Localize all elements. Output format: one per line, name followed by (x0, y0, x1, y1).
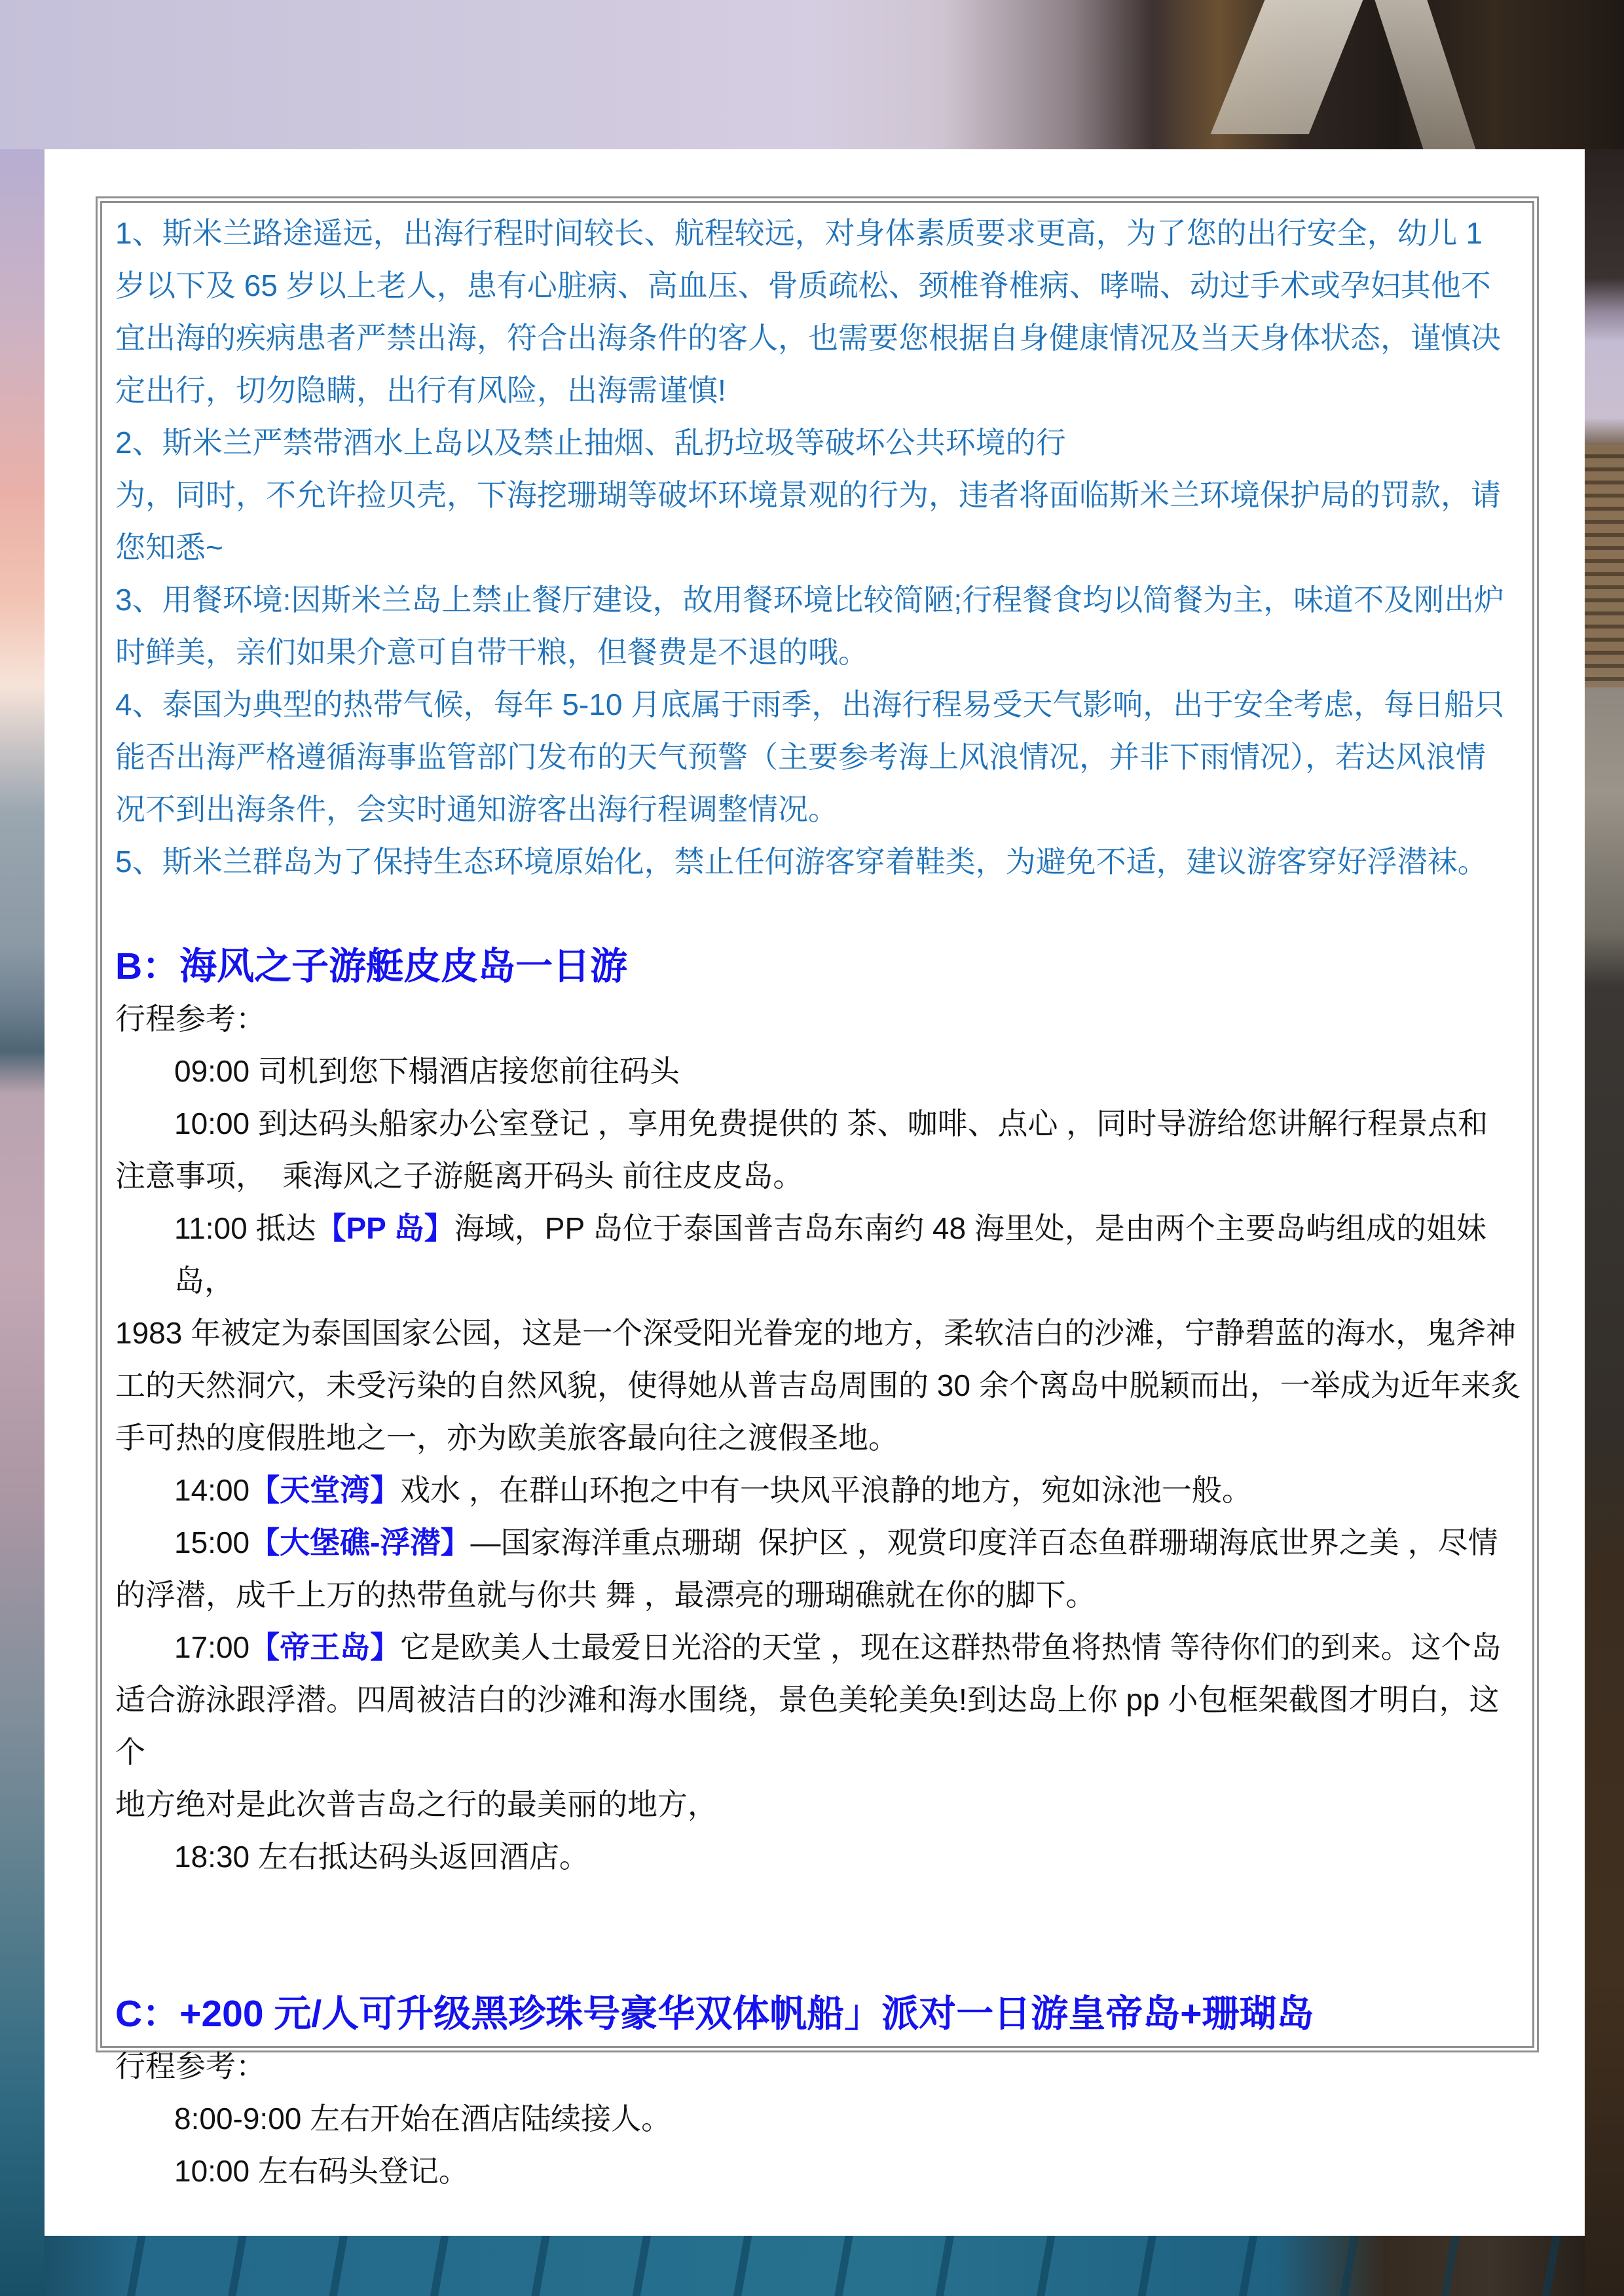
text-line: 手可热的度假胜地之一，亦为欧美旅客最向往之渡假圣地。 (115, 1412, 1523, 1464)
text-line: 能否出海严格遵循海事监管部门发布的天气预警（主要参考海上风浪情况，并非下雨情况）… (115, 731, 1523, 783)
text-segment: 3、用餐环境:因斯米兰岛上禁止餐厅建设，故用餐环境比较简陋;行程餐食均以简餐为主… (115, 583, 1504, 617)
section-b-heading: B：海风之子游艇皮皮岛一日游 (115, 940, 1523, 993)
text-line: 1、斯米兰路途遥远，出海行程时间较长、航程较远，对身体素质要求更高，为了您的出行… (115, 207, 1523, 259)
spacer-line (115, 888, 1523, 940)
text-segment: 手可热的度假胜地之一，亦为欧美旅客最向往之渡假圣地。 (115, 1421, 898, 1455)
text-line: 岁以下及 65 岁以上老人，患有心脏病、高血压、骨质疏松、颈椎脊椎病、哮喘、动过… (115, 259, 1523, 312)
text-segment: 行程参考： (115, 2049, 266, 2083)
text-line: 1983 年被定为泰国国家公园，这是一个深受阳光眷宠的地方，柔软洁白的沙滩，宁静… (115, 1307, 1523, 1359)
notice-box-content: 1、斯米兰路途遥远，出海行程时间较长、航程较远，对身体素质要求更高，为了您的出行… (102, 203, 1532, 2197)
text-line: 2、斯米兰严禁带酒水上岛以及禁止抽烟、乱扔垃圾等破坏公共环境的行 (115, 416, 1523, 469)
text-segment: 况不到出海条件，会实时通知游客出海行程调整情况。 (115, 792, 838, 826)
text-segment: 它是欧美人士最爱日光浴的天堂 ，现在这群热带鱼将热情 等待你们的到来。这个岛 (400, 1630, 1502, 1664)
text-line: 15:00【大堡礁-浮潜】—国家海洋重点珊瑚 保护区 ，观赏印度洋百态鱼群珊瑚海… (115, 1516, 1523, 1569)
text-line: 11:00 抵达【PP 岛】海域，PP 岛位于泰国普吉岛东南约 48 海里处，是… (115, 1202, 1523, 1307)
text-line: 定出行，切勿隐瞒，出行有风险，出海需谨慎! (115, 364, 1523, 416)
text-segment: 岁以下及 65 岁以上老人，患有心脏病、高血压、骨质疏松、颈椎脊椎病、哮喘、动过… (115, 268, 1491, 302)
text-segment: 您知悉~ (115, 530, 223, 564)
text-line: 18:30 左右抵达码头返回酒店。 (115, 1831, 1523, 1883)
text-segment: 1、斯米兰路途遥远，出海行程时间较长、航程较远，对身体素质要求更高，为了您的出行… (115, 216, 1483, 250)
section-c-heading: C：+200 元/人可升级黑珍珠号豪华双体帆船」派对一日游皇帝岛+珊瑚岛 (115, 1988, 1523, 2040)
background-photo-bottom-pool-deck (45, 2236, 1585, 2296)
text-line: 地方绝对是此次普吉岛之行的最美丽的地方， (115, 1778, 1523, 1831)
text-segment: 10:00 到达码头船家办公室登记 ，享用免费提供的 茶、咖啡、点心 ，同时导游… (174, 1106, 1488, 1140)
text-segment: 注意事项， 乘海风之子游艇离开码头 前往皮皮岛。 (115, 1159, 803, 1193)
text-line: 5、斯米兰群岛为了保持生态环境原始化，禁止任何游客穿着鞋类，为避免不适，建议游客… (115, 835, 1523, 888)
highlight-term: 【帝王岛】 (249, 1630, 400, 1664)
text-segment: 行程参考： (115, 1002, 266, 1036)
text-line: 10:00 左右码头登记。 (115, 2145, 1523, 2197)
section-c-subheading: 行程参考： (115, 2040, 1523, 2092)
spacer-line (115, 1935, 1523, 1988)
text-line: 09:00 司机到您下榻酒店接您前往码头 (115, 1045, 1523, 1097)
background-photo-top-sky-and-boat (0, 0, 1624, 149)
text-segment: 18:30 左右抵达码头返回酒店。 (174, 1840, 589, 1874)
text-line: 况不到出海条件，会实时通知游客出海行程调整情况。 (115, 783, 1523, 835)
text-line: 注意事项， 乘海风之子游艇离开码头 前往皮皮岛。 (115, 1150, 1523, 1202)
text-segment: 4、泰国为典型的热带气候，每年 5-10 月底属于雨季，出海行程易受天气影响，出… (115, 687, 1504, 721)
text-segment: 时鲜美，亲们如果介意可自带干粮，但餐费是不退的哦。 (115, 635, 868, 669)
section-b-subheading: 行程参考： (115, 993, 1523, 1045)
text-line: 为，同时，不允许捡贝壳，下海挖珊瑚等破坏环境景观的行为，违者将面临斯米兰环境保护… (115, 469, 1523, 521)
text-line: 14:00【天堂湾】戏水 ，在群山环抱之中有一块风平浪静的地方，宛如泳池一般。 (115, 1464, 1523, 1516)
text-segment: 定出行，切勿隐瞒，出行有风险，出海需谨慎! (115, 373, 726, 407)
highlight-term: 【大堡礁-浮潜】 (249, 1525, 470, 1559)
text-segment: 11:00 抵达 (174, 1211, 316, 1245)
text-segment: 宜出海的疾病患者严禁出海，符合出海条件的客人，也需要您根据自身健康情况及当天身体… (115, 321, 1501, 355)
text-segment: 为，同时，不允许捡贝壳，下海挖珊瑚等破坏环境景观的行为，违者将面临斯米兰环境保护… (115, 478, 1501, 512)
text-line: 10:00 到达码头船家办公室登记 ，享用免费提供的 茶、咖啡、点心 ，同时导游… (115, 1097, 1523, 1150)
text-segment: 10:00 左右码头登记。 (174, 2154, 469, 2188)
text-line: 3、用餐环境:因斯米兰岛上禁止餐厅建设，故用餐环境比较简陋;行程餐食均以简餐为主… (115, 574, 1523, 626)
highlight-term: 【天堂湾】 (249, 1473, 400, 1507)
text-segment: —国家海洋重点珊瑚 保护区 ，观赏印度洋百态鱼群珊瑚海底世界之美 ，尽情 (470, 1525, 1498, 1559)
text-segment: C：+200 元/人可升级黑珍珠号豪华双体帆船」派对一日游皇帝岛+珊瑚岛 (115, 1993, 1314, 2035)
text-line: 工的天然洞穴，未受污染的自然风貌，使得她从普吉岛周围的 30 余个离岛中脱颖而出… (115, 1359, 1523, 1412)
text-line: 4、泰国为典型的热带气候，每年 5-10 月底属于雨季，出海行程易受天气影响，出… (115, 678, 1523, 731)
spacer-line (115, 1883, 1523, 1935)
notice-box: 1、斯米兰路途遥远，出海行程时间较长、航程较远，对身体素质要求更高，为了您的出行… (96, 196, 1539, 2052)
wood-louver-slats (1585, 445, 1624, 687)
travel-itinerary-screenshot: { "colors": { "body_blue": "#1e71b8", "h… (0, 0, 1624, 2296)
text-segment: 15:00 (174, 1525, 249, 1559)
text-line: 宜出海的疾病患者严禁出海，符合出海条件的客人，也需要您根据自身健康情况及当天身体… (115, 312, 1523, 364)
text-line: 适合游泳跟浮潜。四周被洁白的沙滩和海水围绕，景色美轮美奂!到达岛上你 pp 小包… (115, 1673, 1523, 1778)
text-segment: 工的天然洞穴，未受污染的自然风貌，使得她从普吉岛周围的 30 余个离岛中脱颖而出… (115, 1368, 1521, 1402)
text-segment: 1983 年被定为泰国国家公园，这是一个深受阳光眷宠的地方，柔软洁白的沙滩，宁静… (115, 1316, 1516, 1350)
text-segment: 14:00 (174, 1473, 249, 1507)
text-segment: 2、斯米兰严禁带酒水上岛以及禁止抽烟、乱扔垃圾等破坏公共环境的行 (115, 426, 1066, 460)
text-line: 的浮潜，成千上万的热带鱼就与你共 舞 ，最漂亮的珊瑚礁就在你的脚下。 (115, 1569, 1523, 1621)
text-segment: 的浮潜，成千上万的热带鱼就与你共 舞 ，最漂亮的珊瑚礁就在你的脚下。 (115, 1578, 1096, 1612)
document-page: 1、斯米兰路途遥远，出海行程时间较长、航程较远，对身体素质要求更高，为了您的出行… (45, 149, 1585, 2236)
text-segment: 17:00 (174, 1630, 249, 1664)
highlight-term: 【PP 岛】 (316, 1211, 454, 1245)
text-line: 17:00【帝王岛】它是欧美人士最爱日光浴的天堂 ，现在这群热带鱼将热情 等待你… (115, 1621, 1523, 1673)
text-segment: B：海风之子游艇皮皮岛一日游 (115, 945, 627, 987)
text-segment: 戏水 ，在群山环抱之中有一块风平浪静的地方，宛如泳池一般。 (400, 1473, 1252, 1507)
text-segment: 09:00 司机到您下榻酒店接您前往码头 (174, 1054, 680, 1088)
text-segment: 地方绝对是此次普吉岛之行的最美丽的地方， (115, 1787, 718, 1821)
text-line: 时鲜美，亲们如果介意可自带干粮，但餐费是不退的哦。 (115, 626, 1523, 678)
background-photo-left-sunset-sea (0, 149, 45, 2296)
text-line: 8:00-9:00 左右开始在酒店陆续接人。 (115, 2092, 1523, 2145)
text-line: 您知悉~ (115, 521, 1523, 574)
text-segment: 5、斯米兰群岛为了保持生态环境原始化，禁止任何游客穿着鞋类，为避免不适，建议游客… (115, 845, 1488, 879)
text-segment: 8:00-9:00 左右开始在酒店陆续接人。 (174, 2102, 671, 2136)
text-segment: 能否出海严格遵循海事监管部门发布的天气预警（主要参考海上风浪情况，并非下雨情况）… (115, 740, 1486, 774)
text-segment: 适合游泳跟浮潜。四周被洁白的沙滩和海水围绕，景色美轮美奂!到达岛上你 pp 小包… (115, 1683, 1500, 1769)
